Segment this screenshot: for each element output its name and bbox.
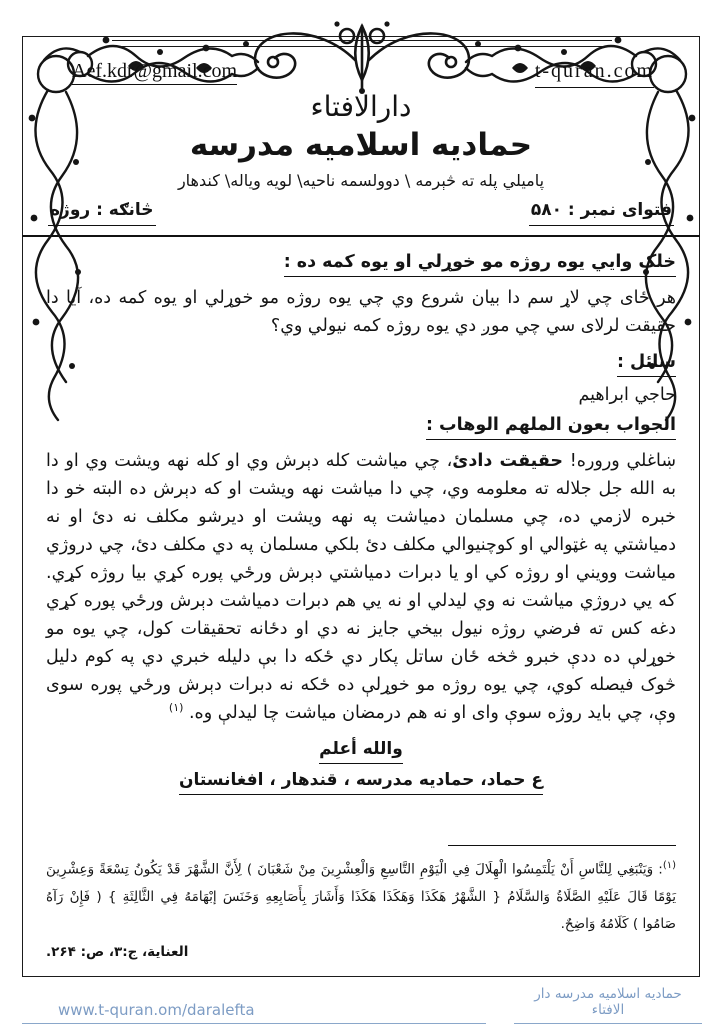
address-line: پاميلي پله ته څېرمه \ دوولسمه ناحيه\ لوي… [46,171,676,190]
footnote-text-block: (۱): وَيَنْبَغِي لِلنَّاسِ أَنْ يَلْتَمِ… [46,856,676,938]
issuer-signature: ع حماد، حماديه مدرسه ، قندهار ، افغانستا… [179,770,543,795]
footnote-text: : وَيَنْبَغِي لِلنَّاسِ أَنْ يَلْتَمِسُو… [46,862,676,932]
madrasa-name: حماديه اسلاميه مدرسه [46,127,676,163]
office-title: دارالافتاء [46,90,676,123]
question-body: هر ځای چي لاړ سم دا بيان شروع وي چي يوه … [46,284,676,340]
asker-label-row: سائل : [46,352,676,377]
footnote-separator [448,845,676,846]
fatwa-number: فتوای نمبر : ۵۸۰ [529,200,674,226]
asker-name: حاجي ابراهيم [46,385,676,405]
email-link[interactable]: Aef.kdr@gmail.com [72,60,237,85]
answer-emphasis: حقيقت دادئ [452,451,563,471]
page-footer: www.t-quran.om/daralefta حماديه اسلاميه … [22,986,702,1024]
website-link[interactable]: t-quran.com [535,60,654,88]
question-heading: خلک وايي يوه روژه مو خوړلي او يوه کمه ده… [284,252,676,277]
answer-heading-row: الجواب بعون الملهم الوهاب : [46,415,676,440]
footer-site-title[interactable]: حماديه اسلاميه مدرسه دار الافتاء [534,986,681,1018]
category-badge: څانګه : روژه [48,200,156,226]
answer-salutation: ښاغلي وروره! [563,451,676,471]
question-heading-row: خلک وايي يوه روژه مو خوړلي او يوه کمه ده… [46,252,676,277]
footer-url-cell: www.t-quran.om/daralefta [22,1001,486,1024]
answer-paragraph: ښاغلي وروره! حقيقت دادئ، چي مياشت کله دې… [46,447,676,727]
footnote-marker: (۱) [663,860,676,871]
signature-block: والله أعلم ع حماد، حماديه مدرسه ، قندهار… [46,739,676,795]
contact-row: Aef.kdr@gmail.com t-quran.com [72,60,654,88]
answer-body: ، چي مياشت کله دېرش وي او کله نهه ويشت و… [46,451,676,723]
tasliya: والله أعلم [319,739,403,764]
footer-title-cell: حماديه اسلاميه مدرسه دار الافتاء [514,986,702,1024]
footer-url-link[interactable]: www.t-quran.om/daralefta [58,1001,255,1019]
footnote-reference: العناية، ج:۳، ص: ۲۶۴. [46,944,676,960]
meta-row: فتوای نمبر : ۵۸۰ څانګه : روژه [48,200,674,226]
answer-heading: الجواب بعون الملهم الوهاب : [426,415,676,440]
document-page: Aef.kdr@gmail.com t-quran.com دارالافتاء… [22,36,700,977]
asker-label: سائل : [617,352,676,377]
footnote-ref-marker: (۱) [169,701,184,714]
header-divider [22,235,700,237]
